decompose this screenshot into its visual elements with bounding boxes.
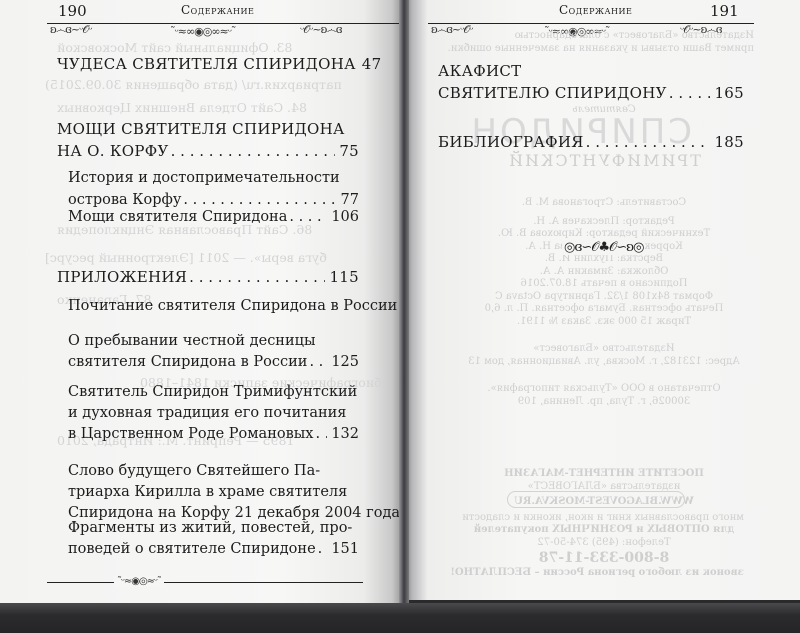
toc-entry-title: Святитель Спиридон Тримифунтский bbox=[68, 382, 357, 403]
bleed-line: много православных книг и икон, иконки и… bbox=[464, 512, 744, 525]
dot-leader bbox=[309, 352, 327, 373]
dot-leader bbox=[318, 539, 328, 560]
toc-entry-line: БИБЛИОГРАФИЯ185 bbox=[438, 133, 744, 152]
toc-page-number: 47 bbox=[362, 55, 382, 74]
toc-entry-title: МОЩИ СВЯТИТЕЛЯ СПИРИДОНА bbox=[57, 118, 345, 140]
toc-entry-line: НА О. КОРФУ75 bbox=[57, 140, 359, 162]
bleed-line: Технический редактор: Кирюхова В. Ю. bbox=[464, 228, 744, 241]
dot-leader bbox=[586, 133, 711, 152]
bleed-line: ПОСЕТИТЕ ИНТЕРНЕТ-МАГАЗИН bbox=[464, 468, 744, 481]
bleed-line: Телефон: (495) 374-50-72 bbox=[464, 537, 744, 550]
toc-entry-title: ПРИЛОЖЕНИЯ bbox=[57, 268, 187, 287]
toc-entry-title: История и достопримечательности bbox=[68, 167, 340, 189]
bleed-text: Издательство «Благовест» с благодарность… bbox=[554, 30, 754, 55]
book-spine bbox=[399, 0, 409, 633]
toc-entry-line: святителя Спиридона в России125 bbox=[68, 352, 359, 373]
toc-entry-title: БИБЛИОГРАФИЯ bbox=[438, 133, 584, 152]
bleed-subtitle: ТРИМИФУНТСКИЙ bbox=[504, 152, 704, 170]
bleed-text: буга веры». — 2011 [Электронный ресурс] bbox=[45, 250, 327, 265]
toc-entry-line: ПРИЛОЖЕНИЯ115 bbox=[57, 268, 359, 287]
toc-entry-line: Почитание святителя Спиридона в России11… bbox=[68, 297, 359, 316]
toc-entry-line: О пребывании честной десницы bbox=[68, 331, 359, 352]
ornament-corner-left-icon: ʚ෴ɞ~ᵕ𝒪ᵕ bbox=[431, 23, 473, 37]
toc-page-number: 132 bbox=[331, 424, 359, 445]
bleed-publisher: Издательство «Благовест» Адрес: 123182, … bbox=[454, 343, 754, 368]
bleed-shop: ПОСЕТИТЕ ИНТЕРНЕТ-МАГАЗИН издательства «… bbox=[464, 468, 744, 580]
toc-page-number: 125 bbox=[331, 352, 359, 373]
toc-entry-title: АКАФИСТ bbox=[438, 60, 521, 82]
bleed-line: Отпечатано в ООО «Тульская типография». bbox=[464, 383, 744, 396]
toc-entry-title: О пребывании честной десницы bbox=[68, 331, 316, 352]
toc-entry-title: Мощи святителя Спиридона bbox=[68, 208, 287, 227]
toc-entry-line: и духовная традиция его почитания bbox=[68, 403, 359, 424]
toc-entry: АКАФИСТСВЯТИТЕЛЮ СПИРИДОНУ165 bbox=[438, 60, 744, 104]
ornament-divider-icon: ◎ɞ∽𝒪♣𝒪∽ʚ◎ bbox=[562, 240, 645, 255]
toc-entry: Мощи святителя Спиридона106 bbox=[68, 208, 359, 227]
footer-rule bbox=[47, 582, 363, 583]
toc-page-number: 106 bbox=[331, 208, 359, 227]
toc-entry-line: Мощи святителя Спиридона106 bbox=[68, 208, 359, 227]
page-number: 191 bbox=[710, 2, 739, 20]
toc-entry-title: триарха Кирилла в храме святителя bbox=[68, 482, 347, 503]
toc-entry-title: поведей о святителе Спиридоне bbox=[68, 539, 316, 560]
toc-page-number: 151 bbox=[331, 539, 359, 560]
running-head-title: Содержание bbox=[181, 3, 254, 17]
bleed-line: примет Ваши отзывы и указания на замечен… bbox=[554, 43, 754, 56]
toc-entry: Фрагменты из житий, повестей, про-поведе… bbox=[68, 518, 359, 560]
bleed-line: Печать офсетная. Бумага офсетная. П. л. … bbox=[464, 303, 744, 316]
bleed-line: Подписано в печать 18.07.2016 bbox=[464, 278, 744, 291]
toc-entry: История и достопримечательностиострова К… bbox=[68, 167, 359, 211]
header-rule bbox=[47, 23, 399, 24]
toc-entry-line: СВЯТИТЕЛЮ СПИРИДОНУ165 bbox=[438, 82, 744, 104]
left-page: 190 Содержание ʚ෴ɞ~ᵕ𝒪ᵕ ˜ᵕ≈∞◉◎∞≈ᵕ˜ ᵕ𝒪ᵕ~ʚ෴… bbox=[0, 0, 404, 607]
bleed-url-box bbox=[507, 491, 685, 508]
bleed-line: Адрес: 123182, г. Москва, ул. Авиационна… bbox=[454, 356, 754, 369]
page-number: 190 bbox=[58, 2, 87, 20]
bleed-text: 84. Сайт Отдела Внешних Церковных bbox=[57, 100, 307, 115]
ornament-corner-left-icon: ʚ෴ɞ~ᵕ𝒪ᵕ bbox=[50, 23, 92, 37]
bleed-line: 300026, г. Тула, пр. Ленина, 109 bbox=[464, 396, 744, 409]
bleed-line: Издательство «Благовест» с благодарность… bbox=[554, 30, 754, 43]
bleed-printer: Отпечатано в ООО «Тульская типография». … bbox=[464, 383, 744, 408]
bleed-text: 83. Официальный сайт Московской bbox=[57, 40, 292, 55]
running-head-title: Содержание bbox=[559, 3, 632, 17]
ornament-corner-right-icon: ᵕ𝒪ᵕ~ʚ෴ɞ bbox=[300, 23, 342, 37]
dot-leader bbox=[189, 268, 325, 287]
book-cover-edge bbox=[0, 603, 800, 633]
toc-page-number: 75 bbox=[339, 140, 359, 162]
right-page: Содержание 191 ʚ෴ɞ~ᵕ𝒪ᵕ ˜ᵕ≈∞◉◎∞≈ᵕ˜ ᵕ𝒪ᵕ~ʚ෴… bbox=[404, 0, 800, 600]
bleed-line: для ОПТОВЫХ и РОЗНИЧНЫХ покупателей bbox=[464, 524, 744, 537]
bleed-line: Обложка: Зимакин А. А. bbox=[464, 266, 744, 279]
ornament-center-icon: ˜ᵕ≈∞◉◎∞≈ᵕ˜ bbox=[170, 25, 235, 38]
toc-entry-title: Слово будущего Святейшего Па- bbox=[68, 461, 320, 482]
toc-entry-title: Фрагменты из житий, повестей, про- bbox=[68, 518, 352, 539]
dot-leader bbox=[315, 424, 327, 445]
toc-entry-line: Слово будущего Святейшего Па- bbox=[68, 461, 359, 482]
toc-entry: ЧУДЕСА СВЯТИТЕЛЯ СПИРИДОНА47 bbox=[57, 55, 359, 74]
bleed-line: Тираж 15 000 экз. Заказ № 1191. bbox=[464, 316, 744, 329]
toc-entry-line: в Царственном Роде Романовых132 bbox=[68, 424, 359, 445]
bleed-line: 8-800-333-11-78 bbox=[464, 549, 744, 567]
footer-ornament-icon: ˜ᵕ≈◉◎≈ᵕ˜ bbox=[114, 576, 164, 587]
toc-entry-line: Фрагменты из житий, повестей, про- bbox=[68, 518, 359, 539]
toc-entry-line: Святитель Спиридон Тримифунтский bbox=[68, 382, 359, 403]
toc-page-number: 165 bbox=[714, 82, 744, 104]
toc-entry: О пребывании честной десницысвятителя Сп… bbox=[68, 331, 359, 373]
toc-entry: ПРИЛОЖЕНИЯ115 bbox=[57, 268, 359, 287]
dot-leader bbox=[289, 208, 327, 227]
bleed-credits: Составитель: Строганова М. В. Редактор: … bbox=[464, 197, 744, 278]
toc-entry: Слово будущего Святейшего Па-триарха Кир… bbox=[68, 461, 359, 524]
dot-leader bbox=[669, 82, 711, 104]
toc-entry-title: и духовная традиция его почитания bbox=[68, 403, 346, 424]
toc-entry-title: СВЯТИТЕЛЮ СПИРИДОНУ bbox=[438, 82, 667, 104]
toc-entry-line: История и достопримечательности bbox=[68, 167, 359, 189]
toc-entry-line: АКАФИСТ bbox=[438, 60, 744, 82]
toc-entry-title: ЧУДЕСА СВЯТИТЕЛЯ СПИРИДОНА bbox=[57, 55, 356, 74]
toc-entry-line: МОЩИ СВЯТИТЕЛЯ СПИРИДОНА bbox=[57, 118, 359, 140]
toc-entry-line: поведей о святителе Спиридоне151 bbox=[68, 539, 359, 560]
toc-entry-title: святителя Спиридона в России bbox=[68, 352, 307, 373]
dot-leader bbox=[171, 140, 336, 162]
toc-entry: МОЩИ СВЯТИТЕЛЯ СПИРИДОНАНА О. КОРФУ75 bbox=[57, 118, 359, 162]
bleed-text: патриархия.ru/ (дата обращения 30.09.201… bbox=[45, 77, 342, 92]
toc-entry-line: триарха Кирилла в храме святителя bbox=[68, 482, 359, 503]
toc-entry: Почитание святителя Спиридона в России11… bbox=[68, 297, 359, 316]
toc-page-number: 115 bbox=[329, 268, 359, 287]
bleed-imprint: Подписано в печать 18.07.2016 Формат 84x… bbox=[464, 278, 744, 328]
bleed-line: Составитель: Строганова М. В. bbox=[464, 197, 744, 210]
toc-entry-title: Почитание святителя Спиридона в России bbox=[68, 297, 397, 316]
toc-entry-line: ЧУДЕСА СВЯТИТЕЛЯ СПИРИДОНА47 bbox=[57, 55, 359, 74]
bleed-line: Редактор: Плескачев А. Н. bbox=[464, 216, 744, 229]
bleed-line: Издательство «Благовест» bbox=[454, 343, 754, 356]
bleed-line: Формат 84x108 1/32. Гарнитура Octava C bbox=[464, 291, 744, 304]
toc-entry-title: НА О. КОРФУ bbox=[57, 140, 169, 162]
toc-entry: Святитель Спиридон Тримифунтскийи духовн… bbox=[68, 382, 359, 445]
toc-page-number: 185 bbox=[714, 133, 744, 152]
toc-entry: БИБЛИОГРАФИЯ185 bbox=[438, 133, 744, 152]
toc-entry-title: в Царственном Роде Романовых bbox=[68, 424, 313, 445]
bleed-line: звонок из любого региона России – БЕСПЛА… bbox=[464, 567, 744, 580]
